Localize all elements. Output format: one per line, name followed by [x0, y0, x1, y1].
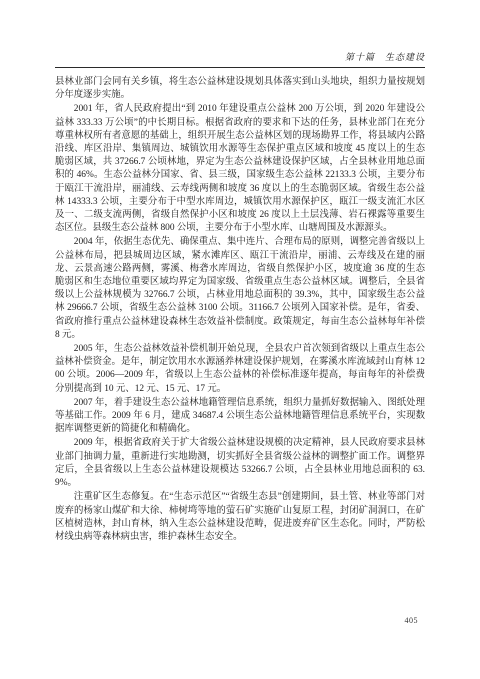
running-head: 第十篇 生态建设 — [55, 50, 425, 68]
book-page: 第十篇 生态建设 县林业部门会同有关乡镇，将生态公益林建设规划具体落实到山头地块… — [0, 0, 480, 679]
paragraph-2004: 2004 年，依据生态优先、确保重点、集中连片、合理布局的原则，调整完善省级以上… — [55, 236, 425, 342]
page-content: 第十篇 生态建设 县林业部门会同有关乡镇，将生态公益林建设规划具体落实到山头地块… — [55, 50, 425, 545]
paragraph-2001: 2001 年，省人民政府提出“到 2010 年建设重点公益林 200 万公顷，到… — [55, 103, 425, 235]
paragraph-2005: 2005 年，生态公益林效益补偿机制开始兑现，全县农户首次领到省级以上重点生态公… — [55, 343, 425, 396]
paragraph-mine-restoration: 注重矿区生态修复。在“生态示范区”“省级生态县”创建期间，县土管、林业等部门对废… — [55, 491, 425, 544]
paragraph-2009: 2009 年，根据省政府关于扩大省级公益林建设规模的决定精神，县人民政府要求县林… — [55, 437, 425, 490]
chapter-title: 第十篇 生态建设 — [345, 52, 425, 62]
page-number: 405 — [405, 616, 419, 625]
body-text: 县林业部门会同有关乡镇，将生态公益林建设规划具体落实到山头地块，组织力量按规划分… — [55, 76, 425, 544]
paragraph-continuation: 县林业部门会同有关乡镇，将生态公益林建设规划具体落实到山头地块，组织力量按规划分… — [55, 76, 425, 102]
paragraph-2007: 2007 年，着手建设生态公益林地籍管理信息系统，组织力量抓好数据输入、图纸处理… — [55, 397, 425, 437]
